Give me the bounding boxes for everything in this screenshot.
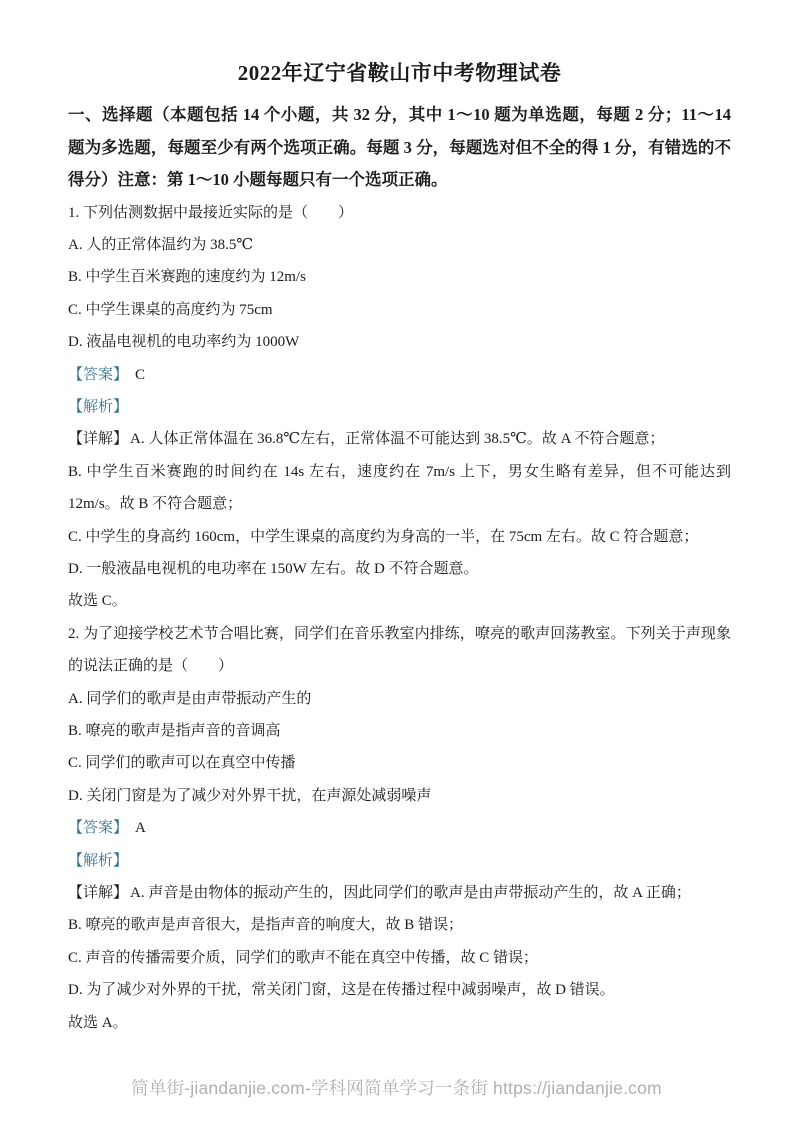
document-page: 2022年辽宁省鞍山市中考物理试卷 一、选择题（本题包括 14 个小题，共 32… [0, 0, 793, 1039]
question-1-option-b: B. 中学生百米赛跑的速度约为 12m/s [68, 261, 731, 293]
question-1-option-c: C. 中学生课桌的高度约为 75cm [68, 294, 731, 326]
question-1: 1. 下列估测数据中最接近实际的是（ ） A. 人的正常体温约为 38.5℃ B… [68, 197, 731, 618]
question-2-option-a: A. 同学们的歌声是由声带振动产生的 [68, 683, 731, 715]
question-1-analysis-line: 【解析】 [68, 391, 731, 423]
question-2-conclusion: 故选 A。 [68, 1007, 731, 1039]
question-1-detail-a: 【详解】A. 人体正常体温在 36.8℃左右，正常体温不可能达到 38.5℃。故… [68, 423, 731, 455]
question-1-answer-line: 【答案】C [68, 359, 731, 391]
question-1-stem: 1. 下列估测数据中最接近实际的是（ ） [68, 197, 731, 229]
question-1-detail-c: C. 中学生的身高约 160cm，中学生课桌的高度约为身高的一半，在 75cm … [68, 521, 731, 553]
section-header: 一、选择题（本题包括 14 个小题，共 32 分，其中 1～10 题为单选题，每… [68, 99, 731, 197]
detail-label: 【详解】 [68, 431, 128, 447]
analysis-label: 【解析】 [68, 853, 128, 869]
question-2-detail-b: B. 嘹亮的歌声是声音很大，是指声音的响度大，故 B 错误； [68, 909, 731, 941]
analysis-label: 【解析】 [68, 399, 128, 415]
answer-label: 【答案】 [68, 367, 128, 383]
question-2-option-d: D. 关闭门窗是为了减少对外界干扰，在声源处减弱噪声 [68, 780, 731, 812]
question-1-conclusion: 故选 C。 [68, 585, 731, 617]
question-2-stem: 2. 为了迎接学校艺术节合唱比赛，同学们在音乐教室内排练，嘹亮的歌声回荡教室。下… [68, 618, 731, 683]
question-2-detail-c: C. 声音的传播需要介质，同学们的歌声不能在真空中传播，故 C 错误； [68, 942, 731, 974]
question-1-option-a: A. 人的正常体温约为 38.5℃ [68, 229, 731, 261]
detail-text: A. 人体正常体温在 36.8℃左右，正常体温不可能达到 38.5℃。故 A 不… [130, 431, 664, 447]
question-2-option-b: B. 嘹亮的歌声是指声音的音调高 [68, 715, 731, 747]
answer-label: 【答案】 [68, 820, 128, 836]
question-2-analysis-line: 【解析】 [68, 845, 731, 877]
question-1-detail-d: D. 一般液晶电视机的电功率在 150W 左右。故 D 不符合题意。 [68, 553, 731, 585]
question-1-option-d: D. 液晶电视机的电功率约为 1000W [68, 326, 731, 358]
detail-label: 【详解】 [68, 885, 128, 901]
question-2: 2. 为了迎接学校艺术节合唱比赛，同学们在音乐教室内排练，嘹亮的歌声回荡教室。下… [68, 618, 731, 1039]
watermark-footer: 简单街-jiandanjie.com-学科网简单学习一条街 https://ji… [0, 1075, 793, 1100]
question-1-detail-b: B. 中学生百米赛跑的时间约在 14s 左右，速度约在 7m/s 上下，男女生略… [68, 456, 731, 521]
question-2-option-c: C. 同学们的歌声可以在真空中传播 [68, 747, 731, 779]
question-2-answer-line: 【答案】A [68, 812, 731, 844]
answer-value: C [135, 367, 145, 383]
question-2-detail-d: D. 为了减少对外界的干扰，常关闭门窗，这是在传播过程中减弱噪声，故 D 错误。 [68, 974, 731, 1006]
question-2-detail-a: 【详解】A. 声音是由物体的振动产生的，因此同学们的歌声是由声带振动产生的，故 … [68, 877, 731, 909]
detail-text: A. 声音是由物体的振动产生的，因此同学们的歌声是由声带振动产生的，故 A 正确… [130, 885, 691, 901]
page-title: 2022年辽宁省鞍山市中考物理试卷 [68, 58, 731, 88]
answer-value: A [135, 820, 146, 836]
